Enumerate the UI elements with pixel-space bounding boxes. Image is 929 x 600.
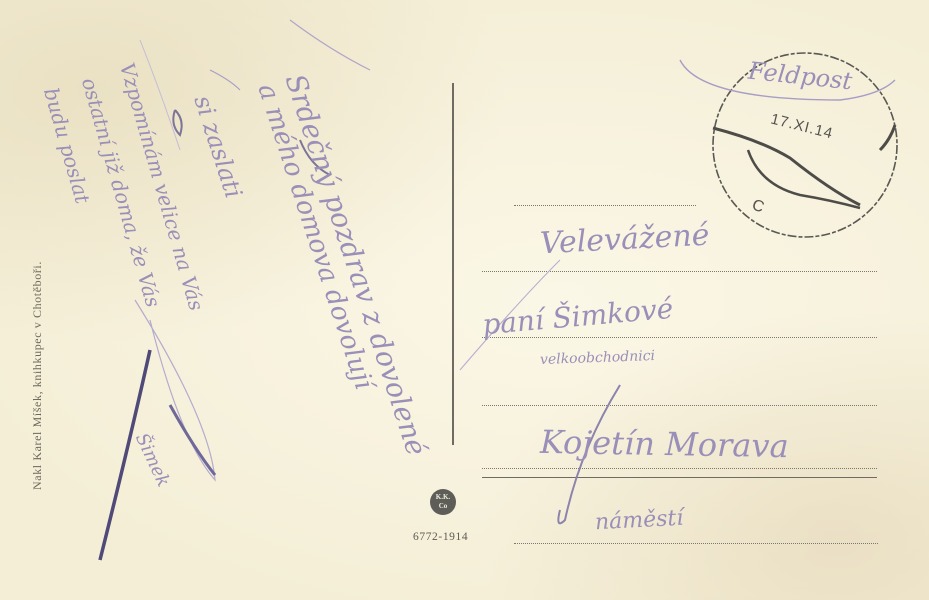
address-town: Kojetín Morava [540,423,789,465]
address-street: náměstí [594,506,684,536]
